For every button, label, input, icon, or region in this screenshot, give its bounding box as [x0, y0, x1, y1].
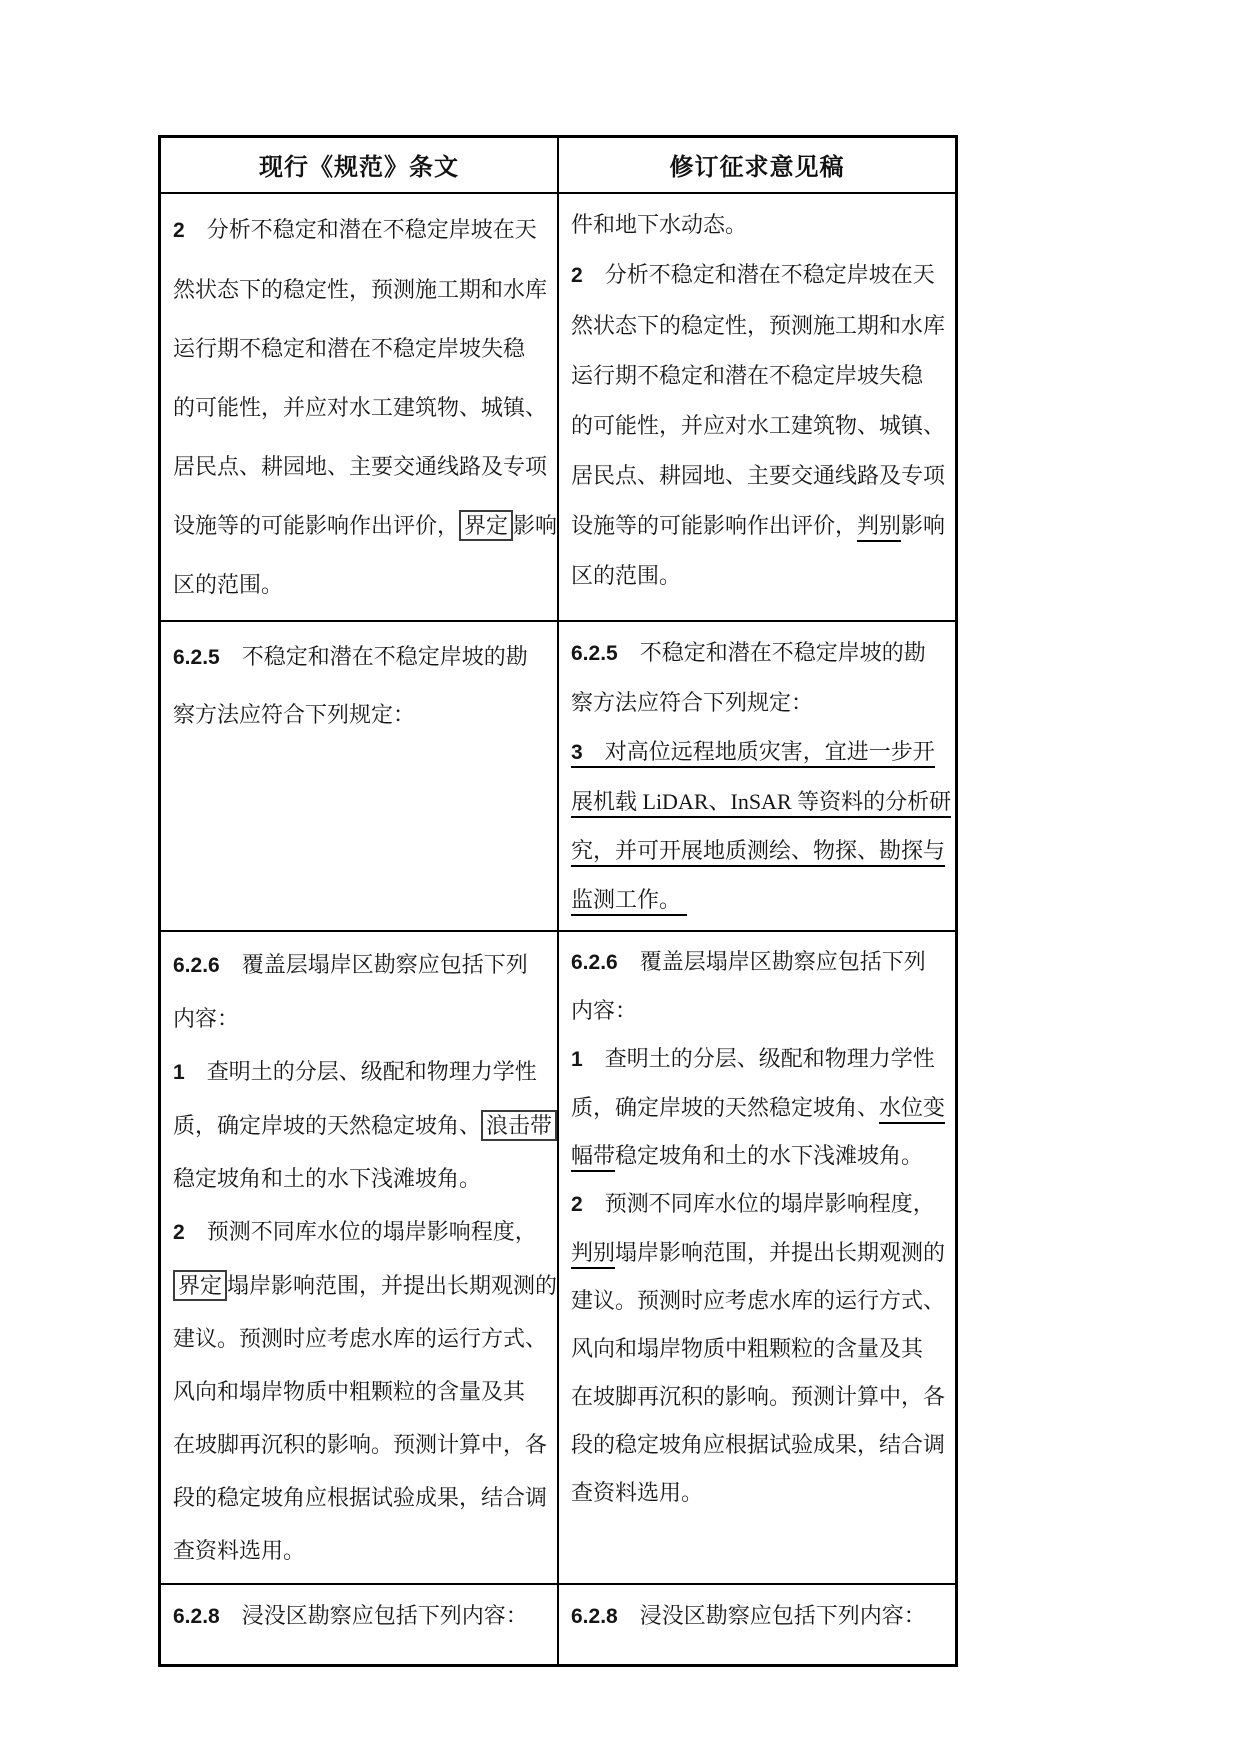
text-segment: 在坡脚再沉积的影响。预测计算中，各 — [571, 1384, 945, 1409]
text-segment: 然状态下的稳定性，预测施工期和水库 — [571, 313, 945, 338]
text-segment: 件和地下水动态。 — [571, 212, 747, 237]
text-line: 设施等的可能影响作出评价，判别影响 — [571, 501, 947, 551]
underlined-insertion: 幅带 — [571, 1143, 615, 1172]
clause-number: 6.2.8 — [173, 1605, 220, 1628]
boxed-term: 界定 — [459, 510, 513, 541]
text-line: 查资料选用。 — [571, 1469, 947, 1517]
underlined-insertion: 判别 — [857, 513, 901, 542]
text-line: 件和地下水动态。 — [571, 200, 947, 250]
text-line: 质，确定岸坡的天然稳定坡角、水位变 — [571, 1084, 947, 1132]
text-segment: 质，确定岸坡的天然稳定坡角、 — [173, 1113, 481, 1138]
text-line: 内容： — [173, 992, 549, 1045]
text-segment: 然状态下的稳定性，预测施工期和水库 — [173, 277, 547, 302]
text-line: 的可能性，并应对水工建筑物、城镇、 — [571, 401, 947, 451]
text-segment: 浸没区勘察应包括下列内容： — [220, 1603, 528, 1628]
header-revision-draft: 修订征求意见稿 — [558, 137, 957, 193]
text-segment: 塌岸影响范围，并提出长期观测的 — [615, 1240, 945, 1265]
text-line: 6.2.6 覆盖层塌岸区勘察应包括下列 — [571, 938, 947, 987]
text-line: 6.2.8 浸没区勘察应包括下列内容： — [571, 1591, 947, 1642]
text-segment: 区的范围。 — [173, 572, 283, 597]
text-segment: 风向和塌岸物质中粗颗粒的含量及其 — [571, 1336, 923, 1361]
text-segment: 的可能性，并应对水工建筑物、城镇、 — [173, 395, 547, 420]
text-segment: 查明土的分层、级配和物理力学性 — [583, 1046, 935, 1071]
revision-draft-cell: 6.2.6 覆盖层塌岸区勘察应包括下列内容：1 查明土的分层、级配和物理力学性质… — [558, 931, 957, 1584]
text-segment: 不稳定和潜在不稳定岸坡的勘 — [618, 640, 926, 665]
text-line: 6.2.5 不稳定和潜在不稳定岸坡的勘 — [571, 628, 947, 678]
text-segment: 覆盖层塌岸区勘察应包括下列 — [220, 952, 528, 977]
underlined-insertion: 究，并可开展地质测绘、物探、勘探与 — [571, 838, 945, 867]
text-segment: 稳定坡角和土的水下浅滩坡角。 — [173, 1166, 481, 1191]
text-segment: 覆盖层塌岸区勘察应包括下列 — [618, 949, 926, 974]
text-segment: 浸没区勘察应包括下列内容： — [618, 1603, 926, 1628]
text-line: 运行期不稳定和潜在不稳定岸坡失稳 — [571, 351, 947, 401]
text-line: 查资料选用。 — [173, 1524, 549, 1577]
text-line: 区的范围。 — [173, 555, 549, 614]
text-line: 6.2.8 浸没区勘察应包括下列内容： — [173, 1591, 549, 1642]
text-line: 判别塌岸影响范围，并提出长期观测的 — [571, 1229, 947, 1277]
text-segment: 内容： — [173, 1006, 239, 1031]
text-segment: 设施等的可能影响作出评价， — [571, 513, 857, 538]
text-segment: 居民点、耕园地、主要交通线路及专项 — [571, 463, 945, 488]
underlined-insertion: 水位变 — [879, 1095, 945, 1124]
revision-draft-cell: 件和地下水动态。2 分析不稳定和潜在不稳定岸坡在天然状态下的稳定性，预测施工期和… — [558, 193, 957, 621]
table-row: 6.2.5 不稳定和潜在不稳定岸坡的勘察方法应符合下列规定：6.2.5 不稳定和… — [160, 621, 957, 931]
underlined-insertion: 判别 — [571, 1240, 615, 1269]
table-header-row: 现行《规范》条文 修订征求意见稿 — [160, 137, 957, 193]
underlined-insertion: 对高位远程地质灾害，宜进一步开 — [583, 739, 935, 768]
clause-number: 2 — [173, 1221, 185, 1244]
text-line: 在坡脚再沉积的影响。预测计算中，各 — [173, 1418, 549, 1471]
underlined-insertion: 监测工作。 — [571, 887, 687, 916]
text-line: 3 对高位远程地质灾害，宜进一步开 — [571, 727, 947, 777]
text-segment: 区的范围。 — [571, 563, 681, 588]
clause-number: 2 — [173, 219, 185, 242]
text-line: 界定塌岸影响范围，并提出长期观测的 — [173, 1259, 549, 1312]
text-line: 察方法应符合下列规定： — [571, 678, 947, 727]
text-line: 风向和塌岸物质中粗颗粒的含量及其 — [173, 1365, 549, 1418]
text-line: 幅带稳定坡角和土的水下浅滩坡角。 — [571, 1132, 947, 1180]
text-segment: 段的稳定坡角应根据试验成果，结合调 — [571, 1432, 945, 1457]
text-segment: 建议。预测时应考虑水库的运行方式、 — [571, 1288, 945, 1313]
current-spec-cell: 6.2.6 覆盖层塌岸区勘察应包括下列内容：1 查明土的分层、级配和物理力学性质… — [160, 931, 559, 1584]
table-row: 6.2.8 浸没区勘察应包括下列内容：6.2.8 浸没区勘察应包括下列内容： — [160, 1584, 957, 1666]
text-segment: 设施等的可能影响作出评价， — [173, 513, 459, 538]
clause-number: 6.2.5 — [571, 642, 618, 665]
text-line: 区的范围。 — [571, 551, 947, 601]
text-line: 6.2.6 覆盖层塌岸区勘察应包括下列 — [173, 938, 549, 992]
text-line: 建议。预测时应考虑水库的运行方式、 — [571, 1277, 947, 1325]
revision-draft-cell: 6.2.5 不稳定和潜在不稳定岸坡的勘察方法应符合下列规定：3 对高位远程地质灾… — [558, 621, 957, 931]
text-line: 居民点、耕园地、主要交通线路及专项 — [571, 451, 947, 501]
clause-number: 1 — [173, 1061, 185, 1084]
text-line: 监测工作。 — [571, 875, 947, 924]
clause-number: 6.2.8 — [571, 1605, 618, 1628]
text-line: 设施等的可能影响作出评价，界定影响 — [173, 496, 549, 555]
text-segment: 稳定坡角和土的水下浅滩坡角。 — [615, 1143, 923, 1168]
text-line: 2 预测不同库水位的塌岸影响程度， — [173, 1205, 549, 1259]
clause-number: 6.2.6 — [173, 954, 220, 977]
text-line: 内容： — [571, 987, 947, 1035]
current-spec-cell: 2 分析不稳定和潜在不稳定岸坡在天然状态下的稳定性，预测施工期和水库运行期不稳定… — [160, 193, 559, 621]
text-segment: 运行期不稳定和潜在不稳定岸坡失稳 — [173, 336, 525, 361]
underlined-insertion: 3 — [571, 741, 583, 768]
text-segment: 居民点、耕园地、主要交通线路及专项 — [173, 454, 547, 479]
text-line: 段的稳定坡角应根据试验成果，结合调 — [173, 1471, 549, 1524]
clause-number: 2 — [571, 1193, 583, 1216]
current-spec-cell: 6.2.5 不稳定和潜在不稳定岸坡的勘察方法应符合下列规定： — [160, 621, 559, 931]
revision-draft-cell: 6.2.8 浸没区勘察应包括下列内容： — [558, 1584, 957, 1666]
text-segment: 察方法应符合下列规定： — [571, 690, 813, 715]
current-spec-cell: 6.2.8 浸没区勘察应包括下列内容： — [160, 1584, 559, 1666]
text-line: 段的稳定坡角应根据试验成果，结合调 — [571, 1421, 947, 1469]
text-line: 建议。预测时应考虑水库的运行方式、 — [173, 1312, 549, 1365]
text-segment: 在坡脚再沉积的影响。预测计算中，各 — [173, 1432, 547, 1457]
clause-number: 6.2.6 — [571, 951, 618, 974]
text-segment: 分析不稳定和潜在不稳定岸坡在天 — [185, 217, 537, 242]
text-line: 稳定坡角和土的水下浅滩坡角。 — [173, 1152, 549, 1205]
text-segment: 查资料选用。 — [571, 1480, 703, 1505]
text-segment: 不稳定和潜在不稳定岸坡的勘 — [220, 644, 528, 669]
text-segment: 塌岸影响范围，并提出长期观测的 — [227, 1273, 557, 1298]
text-line: 1 查明土的分层、级配和物理力学性 — [173, 1045, 549, 1099]
text-line: 2 预测不同库水位的塌岸影响程度， — [571, 1180, 947, 1229]
text-segment: 影响 — [901, 513, 945, 538]
text-line: 展机载 LiDAR、InSAR 等资料的分析研 — [571, 777, 947, 826]
text-segment: 查明土的分层、级配和物理力学性 — [185, 1059, 537, 1084]
text-segment: 预测不同库水位的塌岸影响程度， — [185, 1219, 537, 1244]
text-segment: 段的稳定坡角应根据试验成果，结合调 — [173, 1485, 547, 1510]
text-segment: 预测不同库水位的塌岸影响程度， — [583, 1191, 935, 1216]
text-line: 1 查明土的分层、级配和物理力学性 — [571, 1035, 947, 1084]
text-segment: 分析不稳定和潜在不稳定岸坡在天 — [583, 262, 935, 287]
text-line: 的可能性，并应对水工建筑物、城镇、 — [173, 378, 549, 437]
boxed-term: 浪击带 — [481, 1110, 557, 1141]
text-line: 究，并可开展地质测绘、物探、勘探与 — [571, 826, 947, 875]
text-line: 运行期不稳定和潜在不稳定岸坡失稳 — [173, 319, 549, 378]
text-line: 2 分析不稳定和潜在不稳定岸坡在天 — [173, 200, 549, 260]
underlined-insertion: 展机载 LiDAR、InSAR 等资料的分析研 — [571, 789, 951, 818]
text-line: 质，确定岸坡的天然稳定坡角、浪击带 — [173, 1099, 549, 1152]
header-current-spec: 现行《规范》条文 — [160, 137, 559, 193]
text-line: 然状态下的稳定性，预测施工期和水库 — [571, 301, 947, 351]
boxed-term: 界定 — [173, 1270, 227, 1301]
text-line: 风向和塌岸物质中粗颗粒的含量及其 — [571, 1325, 947, 1373]
clause-number: 2 — [571, 264, 583, 287]
text-line: 在坡脚再沉积的影响。预测计算中，各 — [571, 1373, 947, 1421]
comparison-table: 现行《规范》条文 修订征求意见稿 2 分析不稳定和潜在不稳定岸坡在天然状态下的稳… — [158, 135, 958, 1667]
text-segment: 质，确定岸坡的天然稳定坡角、 — [571, 1095, 879, 1120]
text-segment: 影响 — [513, 513, 557, 538]
text-line: 然状态下的稳定性，预测施工期和水库 — [173, 260, 549, 319]
text-segment: 内容： — [571, 998, 637, 1023]
table-row: 2 分析不稳定和潜在不稳定岸坡在天然状态下的稳定性，预测施工期和水库运行期不稳定… — [160, 193, 957, 621]
clause-number: 1 — [571, 1048, 583, 1071]
document-page: 现行《规范》条文 修订征求意见稿 2 分析不稳定和潜在不稳定岸坡在天然状态下的稳… — [0, 0, 1240, 1753]
text-segment: 风向和塌岸物质中粗颗粒的含量及其 — [173, 1379, 525, 1404]
text-line: 6.2.5 不稳定和潜在不稳定岸坡的勘 — [173, 628, 549, 686]
table-row: 6.2.6 覆盖层塌岸区勘察应包括下列内容：1 查明土的分层、级配和物理力学性质… — [160, 931, 957, 1584]
text-segment: 建议。预测时应考虑水库的运行方式、 — [173, 1326, 547, 1351]
text-line: 居民点、耕园地、主要交通线路及专项 — [173, 437, 549, 496]
text-segment: 运行期不稳定和潜在不稳定岸坡失稳 — [571, 363, 923, 388]
text-segment: 察方法应符合下列规定： — [173, 702, 415, 727]
clause-number: 6.2.5 — [173, 646, 220, 669]
text-line: 察方法应符合下列规定： — [173, 686, 549, 743]
text-segment: 的可能性，并应对水工建筑物、城镇、 — [571, 413, 945, 438]
text-line: 2 分析不稳定和潜在不稳定岸坡在天 — [571, 250, 947, 301]
text-segment: 查资料选用。 — [173, 1538, 305, 1563]
